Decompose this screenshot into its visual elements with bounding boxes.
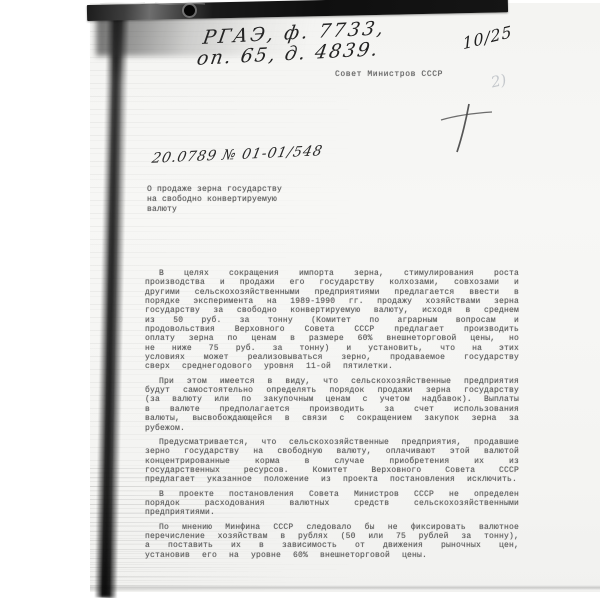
paragraph: При этом имеется в виду, что сельскохозя… (145, 377, 519, 433)
punch-hole (184, 5, 195, 16)
paragraph: В проекте постановления Совета Министров… (145, 490, 519, 518)
paragraph: По мнению Минфина СССР следовало бы не ф… (145, 523, 519, 560)
paragraph: В целях сокращения импорта зерна, стимул… (145, 269, 519, 372)
scanned-document-image: РГАЭ, ф. 7733, оп. 65, д. 4839. 10/25 2)… (0, 0, 600, 600)
page-bottom-edge (90, 585, 600, 590)
subject-line: О продаже зерна государству (147, 185, 347, 195)
document-body: В целях сокращения импорта зерна, стимул… (145, 269, 519, 560)
paragraph: Предусматривается, что сельскохозяйствен… (145, 438, 519, 485)
subject-line: на свободно конвертируемую (147, 195, 347, 205)
recipient-line: Совет Министров СССР (335, 70, 443, 79)
subject-line: валюту (147, 205, 347, 215)
subject-block: О продаже зерна государству на свободно … (147, 185, 347, 215)
